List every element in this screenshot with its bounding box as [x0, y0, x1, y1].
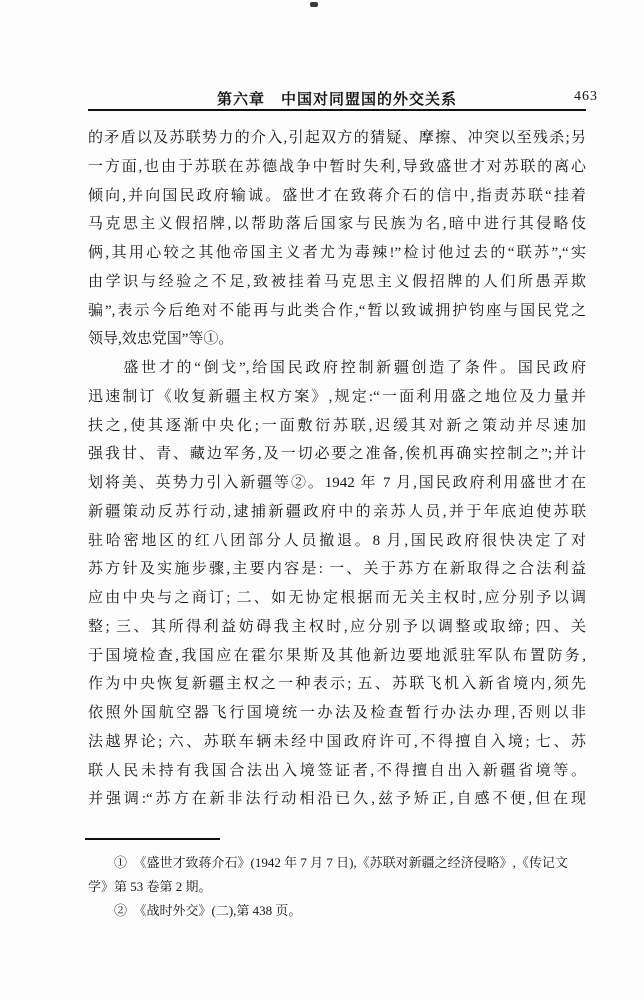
scan-artifact: [310, 2, 318, 7]
page-number: 463: [574, 89, 598, 105]
body-text-line: 划将美、英势力引入新疆等②。1942 年 7 月,国民政府利用盛世才在: [88, 469, 586, 498]
body-text-line: 于国境检查,我国应在霍尔果斯及其他新边要地派驻军队布置防务,: [88, 642, 586, 671]
body-text-line: 强我甘、青、藏边军务,及一切必要之准备,俟机再确实控制之”;并计: [88, 440, 586, 469]
body-text-line: 驻哈密地区的红八团部分人员撤退。8 月,国民政府很快决定了对: [88, 527, 586, 556]
body-text-line: 应由中央与之商订; 二、如无协定根据而无关主权时,应分别予以调: [88, 584, 586, 613]
body-text-line: 马克思主义假招牌,以帮助落后国家与民族为名,暗中进行其侵略伎: [88, 210, 586, 239]
body-text-line: 盛世才的“倒戈”,给国民政府控制新疆创造了条件。国民政府: [88, 354, 586, 383]
body-text-line: 扶之,使其逐渐中央化;一面敷衍苏联,迟缓其对新之策动并尽速加: [88, 412, 586, 441]
footnote-line: 学》第 53 卷第 2 期。: [88, 875, 628, 899]
body-text-line: 作为中央恢复新疆主权之一种表示; 五、苏联飞机入新省境内,须先: [88, 670, 586, 699]
footnote-line: ① 《盛世才致蒋介石》(1942 年 7 月 7 日),《苏联对新疆之经济侵略》…: [88, 851, 628, 875]
body-text-line: 的矛盾以及苏联势力的介入,引起双方的猜疑、摩擦、冲突以至残杀;另: [88, 124, 586, 153]
body-text-line: 一方面,也由于苏联在苏德战争中暂时失利,导致盛世才对苏联的离心: [88, 153, 586, 182]
body-text-line: 新疆策动反苏行动,逮捕新疆政府中的亲苏人员,并于年底迫使苏联: [88, 498, 586, 527]
body-text-line: 整; 三、其所得利益妨碍我主权时,应分别予以调整或取缔; 四、关: [88, 613, 586, 642]
body-text-line: 领导,效忠党国”等①。: [88, 325, 586, 354]
body-text-line: 联人民未持有我国合法出入境签证者,不得擅自出入新疆省境等。: [88, 757, 586, 786]
book-page: 第六章 中国对同盟国的外交关系 463 的矛盾以及苏联势力的介入,引起双方的猜疑…: [0, 0, 644, 1000]
footnote-line: ② 《战时外交》(二),第 438 页。: [88, 899, 628, 923]
page-header: 第六章 中国对同盟国的外交关系 463: [88, 88, 586, 108]
body-text-line: 骗”,表示今后绝对不能再与此类合作,“暂以致诚拥护钧座与国民党之: [88, 297, 586, 326]
body-text-line: 苏方针及实施步骤,主要内容是: 一、关于苏方在新取得之合法利益: [88, 555, 586, 584]
header-rule: [88, 109, 586, 111]
body-text: 的矛盾以及苏联势力的介入,引起双方的猜疑、摩擦、冲突以至残杀;另一方面,也由于苏…: [88, 124, 586, 814]
body-text-line: 依照外国航空器飞行国境统一办法及检查暂行办法办理,否则以非: [88, 699, 586, 728]
body-text-line: 迅速制订《收复新疆主权方案》,规定:“一面利用盛之地位及力量并: [88, 383, 586, 412]
body-text-line: 俩,其用心较之其他帝国主义者尤为毒辣!”检讨他过去的“联苏”,“实: [88, 239, 586, 268]
body-text-line: 并强调:“苏方在新非法行动相沿已久,兹予矫正,自感不便,但在现: [88, 785, 586, 814]
running-head: 第六章 中国对同盟国的外交关系: [88, 88, 586, 109]
body-text-line: 由学识与经验之不足,致被挂着马克思主义假招牌的人们所愚弄欺: [88, 268, 586, 297]
body-text-line: 倾向,并向国民政府输诚。盛世才在致蒋介石的信中,指责苏联“挂着: [88, 182, 586, 211]
body-text-line: 法越界论; 六、苏联车辆未经中国政府许可,不得擅自入境; 七、苏: [88, 728, 586, 757]
footnote-rule: [85, 838, 220, 840]
footnotes: ① 《盛世才致蒋介石》(1942 年 7 月 7 日),《苏联对新疆之经济侵略》…: [88, 851, 628, 923]
